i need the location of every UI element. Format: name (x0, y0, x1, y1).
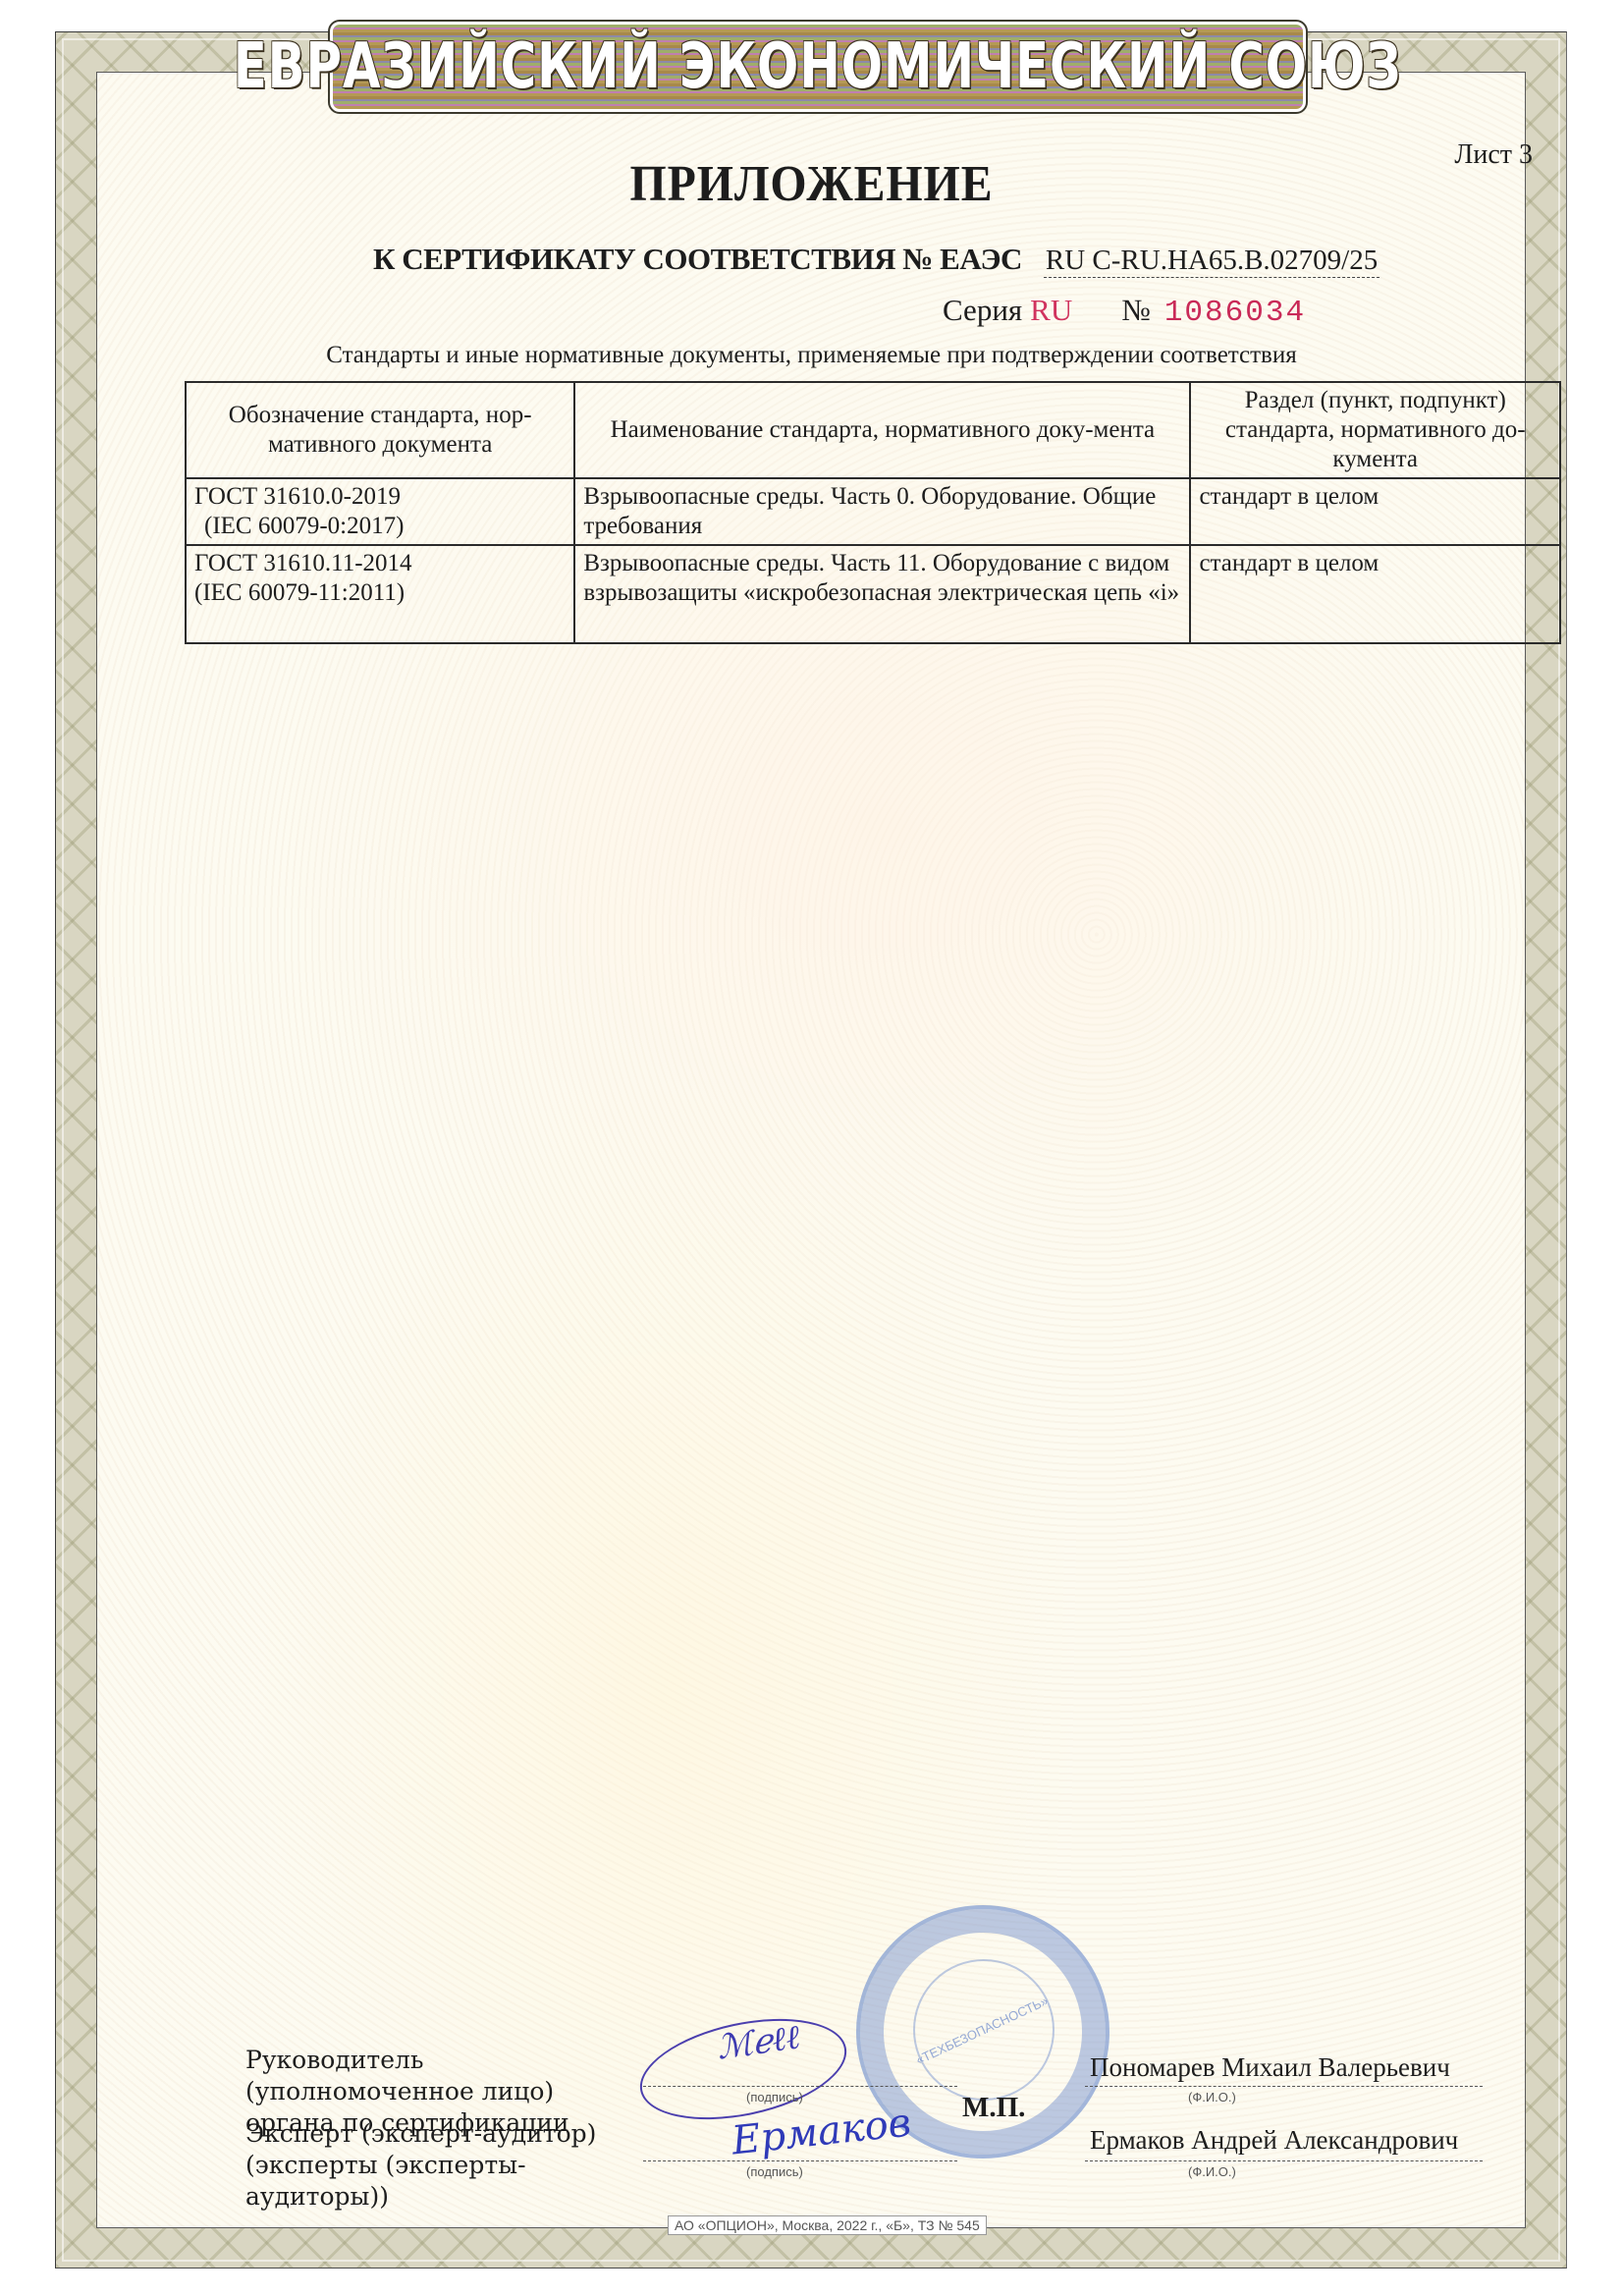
gost-code: ГОСТ 31610.11-2014 (194, 549, 566, 578)
cell-designation: ГОСТ 31610.0-2019 (IEC 60079-0:2017) (186, 478, 574, 545)
series-line: СерияRU№1086034 (943, 293, 1306, 330)
union-banner: ЕВРАЗИЙСКИЙ ЭКОНОМИЧЕСКИЙ СОЮЗ (330, 22, 1306, 112)
column-header-name: Наименование стандарта, нормативного док… (574, 382, 1190, 478)
table-header-row: Обозначение стандарта, нор-мативного док… (186, 382, 1560, 478)
expert-role-label: Эксперт (эксперт-аудитор) (эксперты (экс… (245, 2118, 638, 2213)
form-number: 1086034 (1164, 296, 1306, 330)
column-header-section: Раздел (пункт, подпункт) стандарта, норм… (1190, 382, 1560, 478)
fio-caption: (Ф.И.О.) (1188, 2164, 1236, 2179)
fio-caption: (Ф.И.О.) (1188, 2090, 1236, 2105)
cell-designation: ГОСТ 31610.11-2014 (IEC 60079-11:2011) (186, 545, 574, 643)
iec-code: (IEC 60079-0:2017) (194, 512, 566, 541)
gost-code: ГОСТ 31610.0-2019 (194, 482, 566, 512)
certificate-line: К СЕРТИФИКАТУ СООТВЕТСТВИЯ № ЕАЭСRU C-RU… (373, 242, 1380, 278)
number-label: № (1121, 293, 1151, 327)
expert-name-line (1085, 2160, 1483, 2161)
cell-section: стандарт в целом (1190, 545, 1560, 643)
signature-caption: (подпись) (746, 2164, 803, 2179)
head-name: Пономарев Михаил Валерьевич (1090, 2052, 1450, 2083)
table-row: ГОСТ 31610.0-2019 (IEC 60079-0:2017) Взр… (186, 478, 1560, 545)
banner-text: ЕВРАЗИЙСКИЙ ЭКОНОМИЧЕСКИЙ СОЮЗ (234, 30, 1402, 103)
certificate-number: RU C-RU.HA65.B.02709/25 (1044, 245, 1380, 278)
head-name-line (1085, 2086, 1483, 2087)
table-row: ГОСТ 31610.11-2014 (IEC 60079-11:2011) В… (186, 545, 1560, 643)
table-subtitle: Стандарты и иные нормативные документы, … (0, 342, 1623, 369)
page-title: ПРИЛОЖЕНИЕ (65, 155, 1558, 213)
cell-name: Взрывоопасные среды. Часть 0. Оборудован… (574, 478, 1190, 545)
expert-signature-line (643, 2160, 957, 2161)
standards-table: Обозначение стандарта, нор-мативного док… (185, 381, 1561, 644)
seal-place-label: М.П. (962, 2092, 1025, 2124)
iec-code: (IEC 60079-11:2011) (194, 578, 566, 608)
signature-caption: (подпись) (746, 2090, 803, 2105)
series-value: RU (1030, 293, 1072, 327)
column-header-designation: Обозначение стандарта, нор-мативного док… (186, 382, 574, 478)
head-signature-line (643, 2086, 957, 2087)
expert-name: Ермаков Андрей Александрович (1090, 2125, 1458, 2156)
certificate-label: К СЕРТИФИКАТУ СООТВЕТСТВИЯ № ЕАЭС (373, 242, 1022, 276)
cell-section: стандарт в целом (1190, 478, 1560, 545)
printer-imprint: АО «ОПЦИОН», Москва, 2022 г., «Б», ТЗ № … (668, 2215, 987, 2235)
series-label: Серия (943, 293, 1022, 327)
cell-name: Взрывоопасные среды. Часть 11. Оборудова… (574, 545, 1190, 643)
